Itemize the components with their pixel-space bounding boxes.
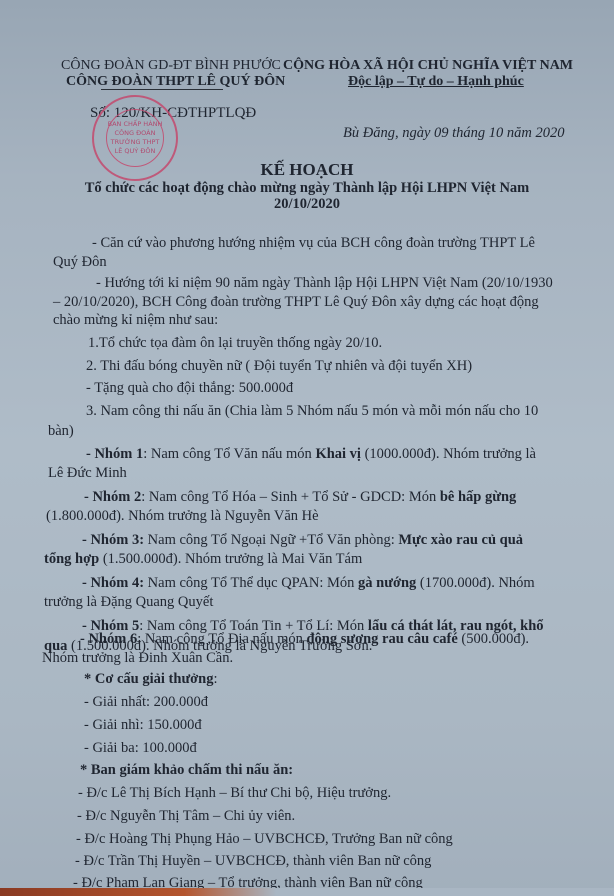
- group-1-dish: Khai vị: [315, 446, 361, 462]
- header-left-underline: [101, 89, 223, 90]
- group-4-dish: gà nướng: [358, 575, 416, 591]
- judges-heading: * Ban giám khảo chấm thi nấu ăn:: [80, 760, 293, 780]
- intro-p1-line2: Quý Đôn: [53, 252, 107, 272]
- activity-3-line2: bàn): [48, 421, 74, 441]
- judge-2: - Đ/c Nguyễn Thị Tâm – Chi ủy viên.: [77, 806, 295, 826]
- group-1-team: : Nam công Tổ Văn nấu món: [143, 446, 315, 462]
- plan-date: 20/10/2020: [0, 196, 614, 213]
- header-right-motto: Độc lập – Tự do – Hạnh phúc: [348, 74, 524, 90]
- document-page: CÔNG ĐOÀN GD-ĐT BÌNH PHƯỚC CÔNG ĐOÀN THP…: [0, 0, 614, 896]
- header-right-line1: CỘNG HÒA XÃ HỘI CHỦ NGHĨA VIỆT NAM: [283, 58, 573, 74]
- group-2-label: - Nhóm 2: [84, 489, 141, 505]
- group-6-leader: Nhóm trưởng là Đinh Xuân Cần.: [42, 648, 233, 668]
- prizes-heading-text: * Cơ cấu giải thưởng: [84, 671, 214, 687]
- table-edge: [0, 888, 614, 896]
- group-1-leader: Lê Đức Minh: [48, 463, 127, 483]
- group-3-dish-cont: tổng hợp: [44, 551, 99, 567]
- prize-first: - Giải nhất: 200.000đ: [84, 692, 208, 712]
- header-left-line2: CÔNG ĐOÀN THPT LÊ QUÝ ĐÔN: [66, 74, 285, 90]
- group-3-leader: (1.500.000đ). Nhóm trưởng là Mai Văn Tám: [99, 551, 362, 567]
- group-1-line1: - Nhóm 1: Nam công Tổ Văn nấu món Khai v…: [86, 444, 536, 464]
- header-left-line1: CÔNG ĐOÀN GD-ĐT BÌNH PHƯỚC: [61, 58, 281, 74]
- prizes-heading: * Cơ cấu giải thưởng:: [84, 669, 218, 689]
- prizes-heading-colon: :: [214, 671, 218, 687]
- activity-3-line1: 3. Nam công thi nấu ăn (Chia làm 5 Nhóm …: [86, 401, 538, 421]
- stamp-line2: CÔNG ĐOÀN: [115, 129, 156, 138]
- judge-3: - Đ/c Hoàng Thị Phụng Hảo – UVBCHCĐ, Trư…: [76, 829, 453, 849]
- plan-subtitle: Tổ chức các hoạt động chào mừng ngày Thà…: [0, 180, 614, 197]
- group-3-dish: Mực xào rau củ quả: [398, 532, 523, 548]
- group-3-label: - Nhóm 3:: [82, 532, 144, 548]
- intro-p2-line2: – 20/10/2020), BCH Công đoàn trường THPT…: [53, 292, 539, 312]
- group-4-label: - Nhóm 4:: [82, 575, 144, 591]
- group-1-budget: (1000.000đ). Nhóm trưởng là: [361, 446, 536, 462]
- group-3-team: Nam công Tổ Ngoại Ngữ +Tổ Văn phòng:: [144, 532, 398, 548]
- intro-p1-line1: - Căn cứ vào phương hướng nhiệm vụ của B…: [92, 233, 535, 253]
- plan-title: KẾ HOẠCH: [0, 160, 614, 180]
- activity-2-prize: - Tặng quà cho đội thắng: 500.000đ: [86, 378, 293, 398]
- intro-p2-line1: - Hướng tới kỉ niệm 90 năm ngày Thành lậ…: [96, 273, 553, 293]
- group-3-line2: tổng hợp (1.500.000đ). Nhóm trưởng là Ma…: [44, 549, 362, 569]
- place-date: Bù Đăng, ngày 09 tháng 10 năm 2020: [343, 125, 565, 142]
- prize-third: - Giải ba: 100.000đ: [84, 738, 197, 758]
- group-2-line1: - Nhóm 2: Nam công Tổ Hóa – Sinh + Tổ Sử…: [84, 487, 516, 507]
- group-6-row: - Nhóm 6: Nam công Tổ Địa nấu món đông s…: [80, 629, 529, 649]
- group-1-label: - Nhóm 1: [86, 446, 143, 462]
- group-4-line1: - Nhóm 4: Nam công Tổ Thể dục QPAN: Món …: [82, 573, 535, 593]
- group-4-team: Nam công Tổ Thể dục QPAN: Món: [144, 575, 358, 591]
- judge-4: - Đ/c Trần Thị Huyền – UVBCHCĐ, thành vi…: [75, 851, 431, 871]
- group-4-leader: trưởng là Đặng Quang Quyết: [44, 592, 213, 612]
- group-4-budget: (1700.000đ). Nhóm: [416, 575, 534, 591]
- activity-2: 2. Thi đấu bóng chuyền nữ ( Đội tuyển Tự…: [86, 356, 472, 376]
- group-2-dish: bê hấp gừng: [440, 489, 516, 505]
- judge-1: - Đ/c Lê Thị Bích Hạnh – Bí thư Chi bộ, …: [78, 783, 391, 803]
- group-6-label: - Nhóm 6: [80, 631, 137, 647]
- group-6-team: : Nam công Tổ Địa nấu món: [137, 631, 306, 647]
- intro-p2-line3: chào mừng kỉ niệm như sau:: [53, 310, 218, 330]
- group-2-team: : Nam công Tổ Hóa – Sinh + Tổ Sử - GDCD:…: [141, 489, 440, 505]
- group-2-leader: (1.800.000đ). Nhóm trưởng là Nguyễn Văn …: [46, 506, 319, 526]
- stamp-line4: LÊ QUÝ ĐÔN: [115, 147, 156, 156]
- group-6-budget: (500.000đ).: [458, 631, 529, 647]
- prize-second: - Giải nhì: 150.000đ: [84, 715, 202, 735]
- stamp-line1: BAN CHẤP HÀNH: [108, 120, 163, 129]
- activity-1: 1.Tổ chức tọa đàm ôn lại truyền thống ng…: [88, 333, 382, 353]
- group-3-line1: - Nhóm 3: Nam công Tổ Ngoại Ngữ +Tổ Văn …: [82, 530, 523, 550]
- stamp-line3: TRƯỜNG THPT: [111, 138, 160, 147]
- group-6-dish: đông sương rau câu café: [306, 631, 457, 647]
